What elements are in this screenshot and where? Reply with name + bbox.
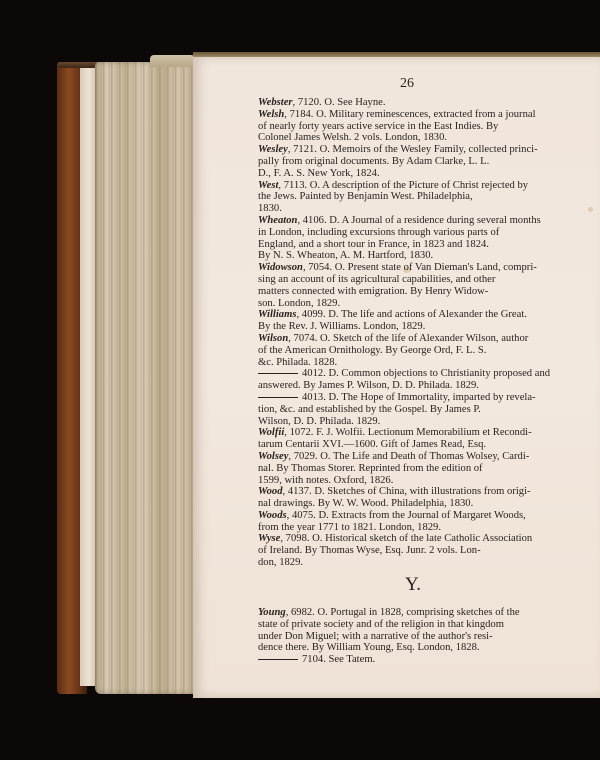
entry-author: Woods: [258, 510, 287, 521]
entry-line: 6982. O. Portugal in 1828, comprising sk…: [291, 607, 520, 618]
catalog-entry: West, 7113. O. A description of the Pict…: [258, 180, 588, 215]
page-number: 26: [400, 76, 414, 92]
entry-author: Wilson: [258, 333, 288, 344]
entry-line: By N. S. Wheaton, A. M. Hartford, 1830.: [302, 250, 588, 262]
entry-line: England, and a short tour in France, in …: [302, 239, 588, 251]
catalog-entry: Wolfii, 1072. F. J. Wolfii. Lectionum Me…: [258, 427, 588, 451]
entry-line: from the year 1771 to 1821. London, 1829…: [302, 522, 588, 534]
entry-line: D., F. A. S. New York, 1824.: [302, 168, 588, 180]
ditto-dash: [258, 397, 298, 398]
entry-line: 7113. O. A description of the Picture of…: [284, 180, 528, 191]
entry-line: 4099. D. The life and actions of Alexand…: [302, 309, 527, 320]
entry-line: answered. By James P. Wilson, D. D. Phil…: [302, 380, 588, 392]
entry-line: 1072. F. J. Wolfii. Lectionum Memorabili…: [290, 427, 532, 438]
entry-line: nal drawings. By W. W. Wood. Philadelphi…: [302, 498, 588, 510]
page-block-top: [150, 55, 195, 67]
entry-line: 4137. D. Sketches of China, with illustr…: [288, 486, 531, 497]
entry-line: pally from original documents. By Adam C…: [302, 156, 588, 168]
entry-author: Wolsey: [258, 451, 288, 462]
catalog-entry: Wesley, 7121. O. Memoirs of the Wesley F…: [258, 144, 588, 179]
section-heading-y: Y.: [405, 574, 421, 596]
entry-line: 7184. O. Military reminescences, extract…: [290, 109, 536, 120]
entry-line: 1599, with notes. Oxford, 1826.: [302, 475, 588, 487]
entry-line: 7074. O. Sketch of the life of Alexander…: [294, 333, 529, 344]
entry-line: 7054. O. Present state of Van Dieman's L…: [308, 262, 537, 273]
entry-author: Young: [258, 607, 286, 618]
entry-line: 4012. D. Common objections to Christiani…: [302, 368, 550, 379]
entry-author: Wheaton: [258, 215, 297, 226]
catalog-entry: Webster, 7120. O. See Hayne.: [258, 97, 588, 109]
entry-line: of Ireland. By Thomas Wyse, Esq. Junr. 2…: [302, 545, 588, 557]
catalog-entry: Wilson, 7074. O. Sketch of the life of A…: [258, 333, 588, 368]
entry-line: 4075. D. Extracts from the Journal of Ma…: [292, 510, 526, 521]
catalog-entry: Widowson, 7054. O. Present state of Van …: [258, 262, 588, 309]
entry-line: nal. By Thomas Storer. Reprinted from th…: [302, 463, 588, 475]
catalog-entry: Wyse, 7098. O. Historical sketch of the …: [258, 533, 588, 568]
catalog-entry: Wood, 4137. D. Sketches of China, with i…: [258, 486, 588, 510]
catalog-entry: Woods, 4075. D. Extracts from the Journa…: [258, 510, 588, 534]
entry-line: 1830.: [302, 203, 588, 215]
entry-author: Wyse: [258, 533, 280, 544]
entry-line: of nearly forty years active service in …: [302, 121, 588, 133]
catalog-entries-w: Webster, 7120. O. See Hayne. Welsh, 7184…: [258, 97, 588, 569]
ditto-dash: [258, 373, 298, 374]
entry-line: under Don Miguel; with a narrative of th…: [302, 631, 588, 643]
entry-line: 7098. O. Historical sketch of the late C…: [286, 533, 533, 544]
open-book: 26 Webster, 7120. O. See Hayne. Welsh, 7…: [0, 0, 600, 760]
catalog-entries-y: Young, 6982. O. Portugal in 1828, compri…: [258, 607, 588, 666]
entry-author: Welsh: [258, 109, 284, 120]
page-block-fore-edge: [95, 62, 195, 694]
ditto-dash: [258, 659, 298, 660]
catalog-entry-continuation: 7104. See Tatem.: [258, 654, 588, 666]
entry-line: 4013. D. The Hope of Immortality, impart…: [302, 392, 536, 403]
entry-line: state of private society and of the reli…: [302, 619, 588, 631]
catalog-entry: Williams, 4099. D. The life and actions …: [258, 309, 588, 333]
entry-author: Webster: [258, 97, 293, 108]
entry-author: Wolfii: [258, 427, 284, 438]
entry-text: 7120. O. See Hayne.: [298, 97, 386, 108]
entry-line: Colonel James Welsh. 2 vols. London, 183…: [302, 132, 588, 144]
catalog-entry-continuation: 4012. D. Common objections to Christiani…: [258, 368, 588, 392]
catalog-entry: Wheaton, 4106. D. A Journal of a residen…: [258, 215, 588, 262]
entry-line: in London, including excursions through …: [302, 227, 588, 239]
entry-line: 7121. O. Memoirs of the Wesley Family, c…: [293, 144, 538, 155]
entry-line: 7104. See Tatem.: [302, 654, 375, 665]
entry-line: son. London, 1829.: [302, 298, 588, 310]
entry-line: 4106. D. A Journal of a residence during…: [303, 215, 541, 226]
entry-author: West: [258, 180, 278, 191]
catalog-entry: Wolsey, 7029. O. The Life and Death of T…: [258, 451, 588, 486]
entry-author: Wesley: [258, 144, 288, 155]
entry-line: of the American Ornithology. By George O…: [302, 345, 588, 357]
catalog-entry-continuation: 4013. D. The Hope of Immortality, impart…: [258, 392, 588, 427]
entry-line: 7029. O. The Life and Death of Thomas Wo…: [294, 451, 530, 462]
entry-line: matters connected with emigration. By He…: [302, 286, 588, 298]
paper-stain: [588, 207, 593, 212]
entry-line: don, 1829.: [302, 557, 588, 569]
entry-author: Wood: [258, 486, 283, 497]
entry-line: sing an account of its agricultural capa…: [302, 274, 588, 286]
catalog-entry: Young, 6982. O. Portugal in 1828, compri…: [258, 607, 588, 654]
entry-line: &c. Philada. 1828.: [302, 357, 588, 369]
entry-author: Widowson: [258, 262, 303, 273]
entry-line: the Jews. Painted by Benjamin West. Phil…: [302, 191, 588, 203]
entry-line: dence there. By William Young, Esq. Lond…: [302, 642, 588, 654]
entry-line: tion, &c. and established by the Gospel.…: [302, 404, 588, 416]
catalog-entry: Welsh, 7184. O. Military reminescences, …: [258, 109, 588, 144]
entry-author: Williams: [258, 309, 296, 320]
entry-line: By the Rev. J. Williams. London, 1829.: [302, 321, 588, 333]
entry-line: Wilson, D. D. Philada. 1829.: [302, 416, 588, 428]
entry-line: tarum Centarii XVI.—1600. Gift of James …: [302, 439, 588, 451]
